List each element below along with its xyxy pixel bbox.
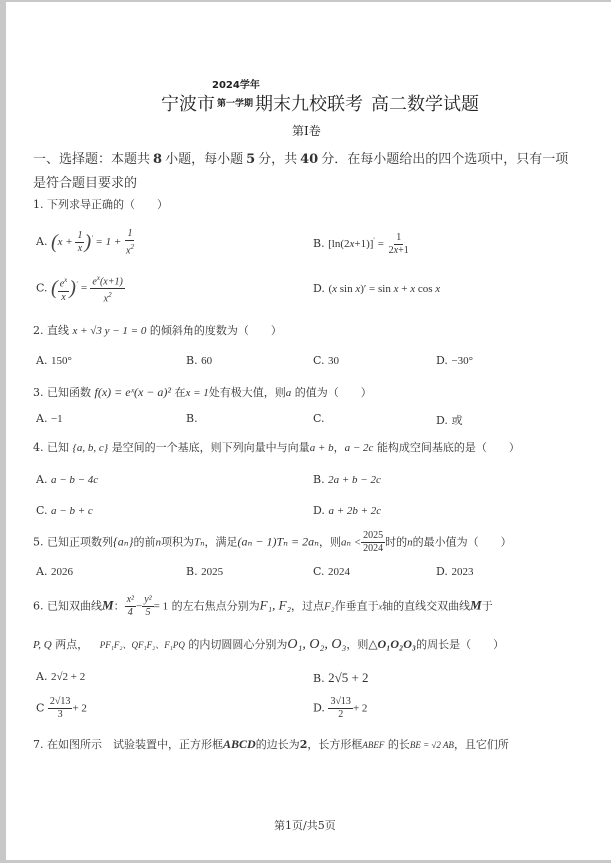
question-text: 已知函数 — [47, 386, 91, 399]
question-text: ，过点 — [291, 600, 324, 613]
option-label: D. — [436, 414, 448, 427]
option-label: D. — [436, 354, 448, 367]
q4-option-c[interactable]: C. a − b + c — [36, 504, 93, 517]
question-math: F₂ — [324, 601, 335, 613]
question-text: ，则 — [319, 536, 341, 549]
q1-option-c[interactable]: C. (exx)′ = ex(x+1)x2 — [36, 272, 125, 306]
question-text: 的边长为 — [256, 738, 300, 751]
fraction-denominator: 4 — [126, 607, 135, 619]
question-math: = 1 — [154, 601, 168, 613]
q4-option-b[interactable]: B. 2a + b − 2c — [313, 473, 381, 486]
option-value: 2023 — [451, 566, 473, 578]
q1-option-a[interactable]: A. (x + 1x)′ = 1 + 1x2 — [36, 228, 136, 257]
option-label: A. — [36, 473, 47, 486]
question-text: 的左右焦点分别为 — [172, 600, 260, 613]
question-math: P, Q — [33, 639, 52, 651]
exam-title: 宁波市第一学期期末九校联考高二数学试题 — [161, 90, 479, 116]
question-number: 3. — [33, 386, 44, 399]
option-value: 2025 — [201, 566, 223, 578]
option-math: (x + 1x)′ = 1 + 1x2 — [51, 236, 136, 248]
option-label: A. — [36, 412, 47, 425]
curve-name: M — [102, 598, 114, 613]
points-each: 5 — [246, 152, 255, 167]
question-3-stem: 3. 已知函数 f(x) = eˣ(x − a)² 在x = 1处有极大值，则a… — [33, 384, 372, 400]
question-math: O₁, O₂, O₃ — [287, 637, 346, 652]
option-math: (exx)′ = ex(x+1)x2 — [51, 282, 125, 294]
option-label: D. — [313, 282, 325, 295]
option-label: A. — [36, 354, 47, 367]
question-text: 的内切圆圆心分别为 — [188, 638, 287, 651]
option-math: (x sin x)′ = sin x + x cos x — [328, 283, 440, 295]
question-text: 作垂直于 — [335, 600, 379, 613]
q3-option-c[interactable]: C. — [313, 412, 325, 425]
question-text: ，长方形框 — [307, 738, 362, 751]
question-math: ABCD — [223, 737, 256, 751]
exam-page: 2024学年 宁波市第一学期期末九校联考高二数学试题 第Ⅰ卷 一、选择题：本题共… — [6, 2, 611, 860]
num-questions: 8 — [153, 152, 162, 167]
question-text: 于 — [482, 600, 493, 613]
option-label: B. — [313, 473, 325, 486]
q5-option-a[interactable]: A. 2026 — [36, 565, 73, 578]
option-value: 60 — [201, 355, 212, 367]
question-text: 项积为 — [161, 536, 194, 549]
question-math: a + b — [310, 442, 334, 454]
option-label: D. — [313, 702, 325, 715]
option-value: 30 — [328, 355, 339, 367]
option-value: −1 — [51, 413, 63, 425]
option-label: A. — [36, 235, 47, 248]
question-math: aₙ < — [341, 537, 361, 549]
fraction-numerator: y² — [142, 594, 153, 607]
question-text: ， — [334, 441, 345, 454]
question-math: Tₙ — [194, 537, 205, 549]
fraction-numerator: 3√13 — [328, 696, 353, 709]
fraction-numerator: x² — [125, 594, 136, 607]
q5-option-c[interactable]: C. 2024 — [313, 565, 350, 578]
q6-option-a[interactable]: A. 2√2 + 2 — [36, 670, 85, 683]
question-text: ，满足 — [205, 536, 238, 549]
question-math: ABEF — [362, 740, 384, 750]
question-math: x + √3 y − 1 = 0 — [73, 325, 147, 337]
exam-title-main: 期末九校联考 — [255, 94, 363, 115]
question-4-stem: 4. 已知 {a, b, c} 是空间的一个基底，则下列向量中与向量a + b，… — [33, 439, 520, 455]
q4-option-a[interactable]: A. a − b − 4c — [36, 473, 98, 486]
intro-text: 小题，每小题 — [165, 152, 243, 167]
option-label: B. — [313, 672, 325, 685]
exam-year: 2024学年 — [212, 76, 260, 91]
option-value: a − b + c — [51, 505, 93, 517]
curve-name: M — [470, 598, 482, 613]
option-label: A. — [36, 670, 47, 683]
question-text: 已知 — [47, 441, 69, 454]
option-value: 或 — [451, 414, 462, 427]
option-label: D. — [436, 565, 448, 578]
question-text: 的值为（ ） — [295, 386, 372, 399]
q6-option-b[interactable]: B. 2√5 + 2 — [313, 670, 369, 686]
question-6-stem-line2: P, Q 两点， PF₁F₂、QF₁F₂、F₁PQ 的内切圆圆心分别为O₁, O… — [33, 636, 504, 653]
exam-semester: 第一学期 — [217, 99, 253, 109]
q3-option-b[interactable]: B. — [186, 412, 198, 425]
question-6-stem-line1: 6. 已知双曲线M：x²4−y²5= 1 的左右焦点分别为F₁, F₂，过点F₂… — [33, 594, 493, 619]
q3-option-d[interactable]: D. 或 — [436, 412, 462, 428]
question-number: 1. — [33, 198, 44, 211]
question-text: 轴的直线交双曲线 — [382, 600, 470, 613]
intro-text: 分．在每小题给出的四个选项中，只有一项 — [321, 152, 568, 167]
question-text: 在 — [174, 386, 185, 399]
question-math: PF₁F₂、QF₁F₂、F₁PQ — [100, 640, 185, 650]
option-label: C. — [313, 412, 325, 425]
question-number: 2. — [33, 324, 44, 337]
question-text: ： — [114, 600, 125, 613]
question-text: 已知双曲线 — [47, 600, 102, 613]
question-math: x = 1 — [185, 387, 208, 399]
option-value: 2026 — [51, 566, 73, 578]
option-label: B. — [186, 412, 198, 425]
option-value: 2√5 + 2 — [328, 670, 368, 685]
option-label: A. — [36, 565, 47, 578]
question-math: a − 2c — [345, 442, 374, 454]
option-value: −30° — [451, 355, 473, 367]
question-math: BE = √2 AB — [410, 740, 454, 750]
question-text: 处有极大值，则 — [209, 386, 286, 399]
option-label: C. — [313, 354, 325, 367]
q1-option-b[interactable]: B. [ln(2x+1)]′ = 12x+1 — [313, 232, 411, 257]
question-text: 的周长是（ ） — [416, 638, 504, 651]
fraction-numerator: 2√13 — [48, 696, 73, 709]
option-value: + 2 — [72, 703, 86, 715]
q3-option-a[interactable]: A. −1 — [36, 412, 63, 425]
question-7-stem: 7. 在如图所示 试验装置中，正方形框ABCD的边长为2，长方形框ABEF 的长… — [33, 736, 509, 752]
question-text: 的前 — [133, 536, 155, 549]
question-number: 4. — [33, 441, 44, 454]
question-text: ，则 — [346, 638, 368, 651]
question-text: 是空间的一个基底，则下列向量中与向量 — [112, 441, 310, 454]
question-text: 两点， — [55, 638, 88, 651]
q5-option-b[interactable]: B. 2025 — [186, 565, 223, 578]
question-text: 时的 — [385, 536, 407, 549]
question-math: {aₙ} — [113, 535, 133, 549]
option-label: B. — [186, 354, 198, 367]
question-math: a — [286, 387, 292, 399]
q4-option-d[interactable]: D. a + 2b + 2c — [313, 504, 381, 517]
fraction-denominator: 2024 — [361, 543, 385, 555]
q6-option-d[interactable]: D. 3√132+ 2 — [313, 696, 367, 721]
option-value: + 2 — [353, 703, 367, 715]
question-1-stem: 1. 下列求导正确的（ ） — [33, 196, 168, 212]
section-intro-line1: 一、选择题：本题共8小题，每小题5分，共40分．在每小题给出的四个选项中，只有一… — [33, 148, 568, 167]
question-text: 下列求导正确的（ ） — [47, 198, 168, 211]
option-value: 150° — [51, 355, 72, 367]
q5-option-d[interactable]: D. 2023 — [436, 565, 473, 578]
fraction-denominator: 3 — [56, 709, 65, 721]
option-label: C. — [313, 565, 325, 578]
q2-option-d[interactable]: D. −30° — [436, 354, 473, 367]
option-value: 2024 — [328, 566, 350, 578]
question-text: 能构成空间基底的是（ ） — [377, 441, 520, 454]
question-text: 的最小值为（ ） — [413, 536, 512, 549]
option-math: [ln(2x+1)]′ = 12x+1 — [328, 238, 411, 250]
option-value: a − b − 4c — [51, 474, 98, 486]
question-text: 的倾斜角的度数为（ ） — [150, 324, 282, 337]
q2-option-c[interactable]: C. 30 — [313, 354, 339, 367]
exam-city: 宁波市 — [161, 94, 215, 115]
option-value: 2√2 + 2 — [51, 671, 85, 683]
question-number: 6. — [33, 600, 44, 613]
question-math: f(x) = eˣ(x − a)² — [95, 385, 171, 399]
fraction-numerator: 2025 — [361, 530, 385, 543]
option-label: B. — [186, 565, 198, 578]
question-2-stem: 2. 直线 x + √3 y − 1 = 0 的倾斜角的度数为（ ） — [33, 322, 282, 338]
option-label: D. — [313, 504, 325, 517]
page-number: 第1页/共5页 — [274, 817, 336, 833]
question-number: 5. — [33, 536, 44, 549]
total-points: 40 — [300, 152, 318, 167]
question-text: 直线 — [47, 324, 69, 337]
intro-text: 分，共 — [258, 152, 297, 167]
q2-option-b[interactable]: B. 60 — [186, 354, 212, 367]
section-intro-line2: 是符合题目要求的 — [33, 172, 137, 191]
question-number: 7. — [33, 738, 44, 751]
option-label: C — [36, 702, 44, 715]
option-value: a + 2b + 2c — [328, 505, 381, 517]
q1-option-d[interactable]: D. (x sin x)′ = sin x + x cos x — [313, 282, 440, 295]
question-math: (aₙ − 1)Tₙ = 2aₙ — [238, 535, 319, 549]
question-text: 已知正项数列 — [47, 536, 113, 549]
volume-label: 第Ⅰ卷 — [292, 122, 321, 139]
exam-subject: 高二数学试题 — [371, 94, 479, 115]
q6-option-c[interactable]: C 2√133+ 2 — [36, 696, 87, 721]
question-math: △O₁O₂O₃ — [368, 637, 416, 651]
option-value: 2a + b − 2c — [328, 474, 381, 486]
question-text: 的长 — [388, 738, 410, 751]
option-label: C. — [36, 504, 48, 517]
intro-text: 一、选择题：本题共 — [33, 152, 150, 167]
q2-option-a[interactable]: A. 150° — [36, 354, 72, 367]
question-math: {a, b, c} — [73, 442, 109, 454]
option-label: C. — [36, 281, 48, 294]
question-5-stem: 5. 已知正项数列{aₙ}的前n项积为Tₙ，满足(aₙ − 1)Tₙ = 2aₙ… — [33, 530, 512, 555]
fraction-denominator: 2 — [336, 709, 345, 721]
question-math: F₁, F₂ — [260, 598, 291, 613]
option-label: B. — [313, 237, 325, 250]
question-text: 在如图所示 试验装置中，正方形框 — [47, 738, 223, 751]
question-text: ，且它们所 — [454, 738, 509, 751]
fraction-denominator: 5 — [143, 607, 152, 619]
